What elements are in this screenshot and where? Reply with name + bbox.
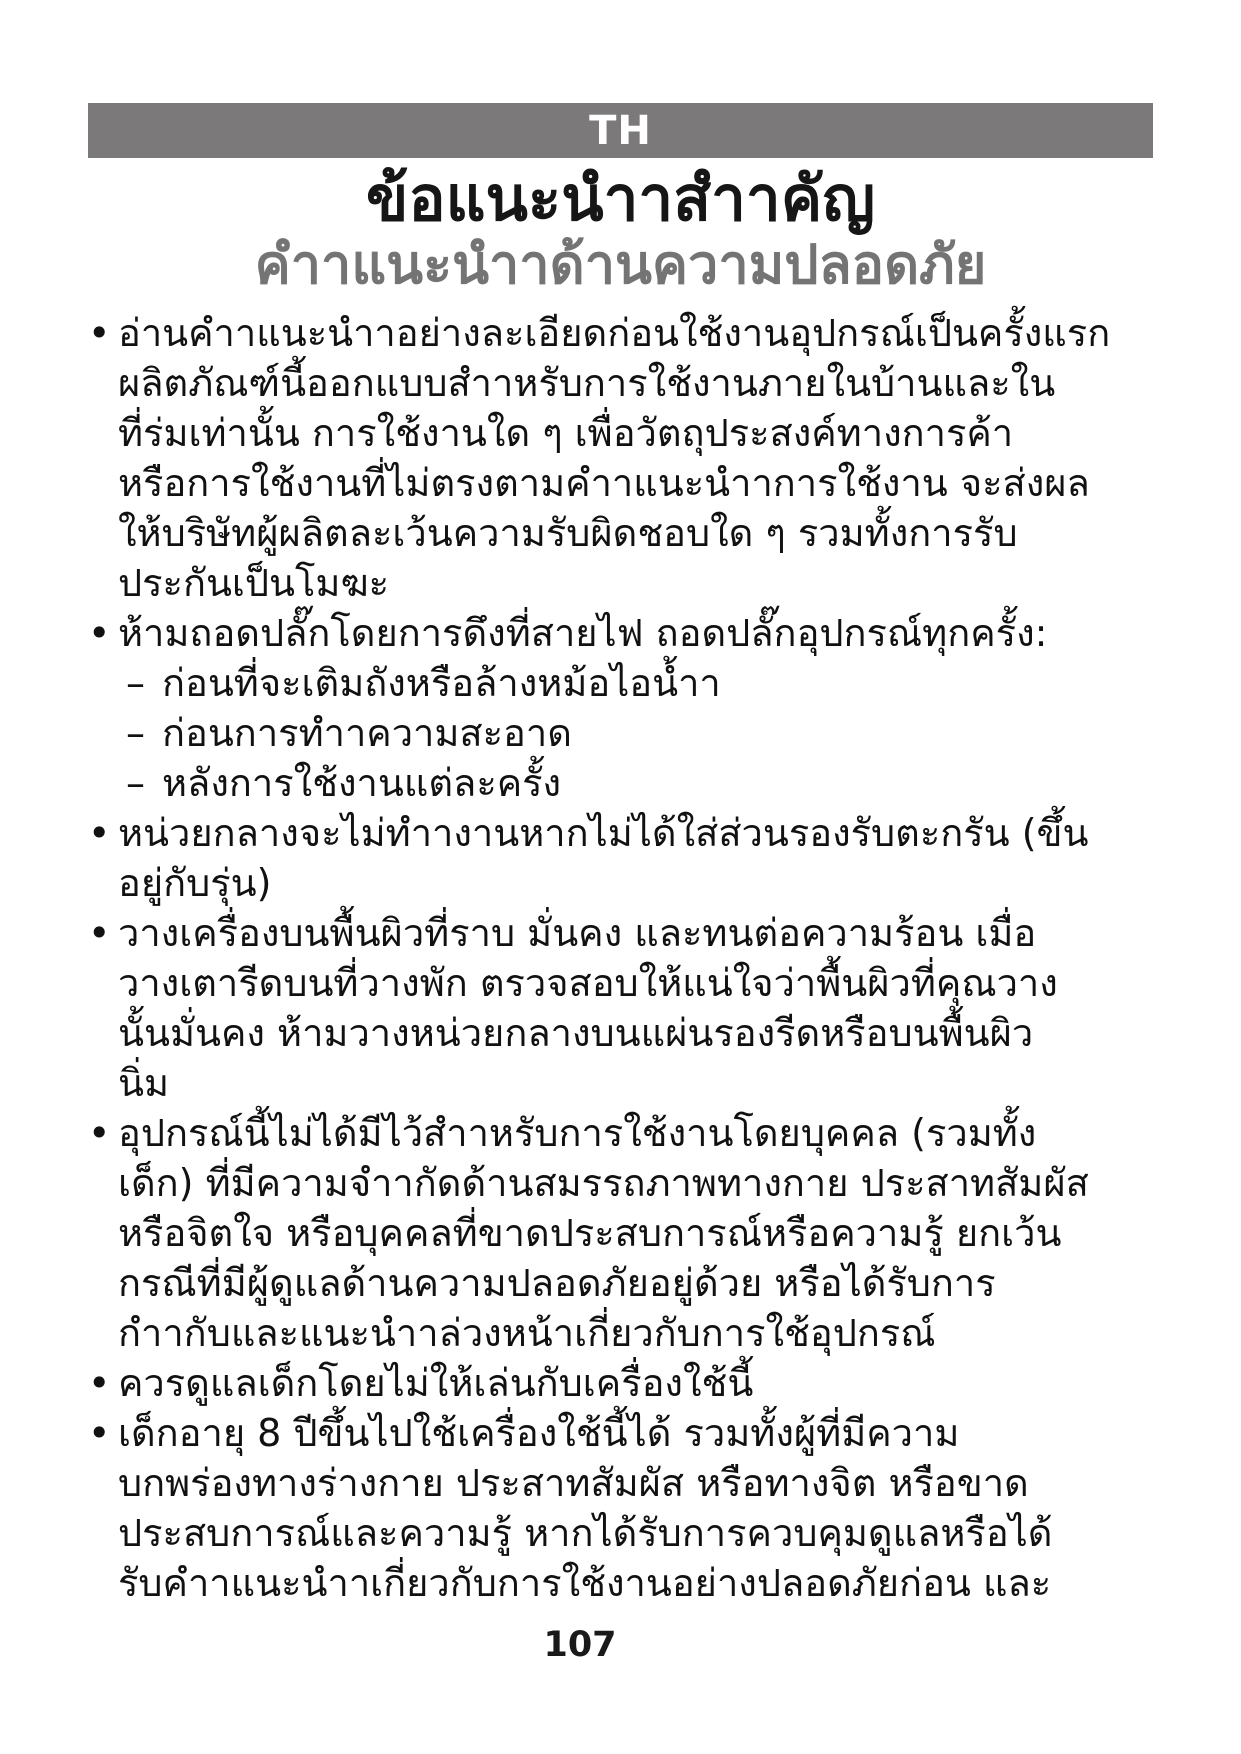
bullet-icon: • xyxy=(88,908,118,958)
sub-list-item-text: ก่อนการทำาความสะอาด xyxy=(162,708,572,758)
language-header-bar: TH xyxy=(88,103,1153,158)
list-item-text: อ่านคำาแนะนำาอย่างละเอียดก่อนใช้งานอุปกร… xyxy=(118,308,1158,608)
list-item-text: เด็กอายุ 8 ปีขึ้นไปใช้เครื่องใช้นี้ได้ ร… xyxy=(118,1408,1158,1608)
bullet-icon: • xyxy=(88,1358,118,1408)
sub-list-item: – ก่อนที่จะเติมถังหรือล้างหม้อไอน้ำา xyxy=(126,658,1158,708)
list-item-text: วางเครื่องบนพื้นผิวที่ราบ มั่นคง และทนต่… xyxy=(118,908,1158,1108)
page-number: 107 xyxy=(0,1625,1160,1665)
bullet-icon: • xyxy=(88,1408,118,1458)
bullet-icon: • xyxy=(88,1108,118,1158)
list-item: • วางเครื่องบนพื้นผิวที่ราบ มั่นคง และทน… xyxy=(88,908,1158,1108)
list-item: • ห้ามถอดปลั๊กโดยการดึงที่สายไฟ ถอดปลั๊ก… xyxy=(88,608,1158,658)
language-badge: TH xyxy=(589,111,652,151)
list-item: • เด็กอายุ 8 ปีขึ้นไปใช้เครื่องใช้นี้ได้… xyxy=(88,1408,1158,1608)
list-item: • หน่วยกลางจะไม่ทำางานหากไม่ได้ใส่ส่วนรอ… xyxy=(88,808,1158,908)
sub-list-item-text: ก่อนที่จะเติมถังหรือล้างหม้อไอน้ำา xyxy=(162,658,721,708)
sub-list-item: – ก่อนการทำาความสะอาด xyxy=(126,708,1158,758)
list-item: • ควรดูแลเด็กโดยไม่ให้เล่นกับเครื่องใช้น… xyxy=(88,1358,1158,1408)
list-item-text: ควรดูแลเด็กโดยไม่ให้เล่นกับเครื่องใช้นี้ xyxy=(118,1358,1158,1408)
sub-list-item: – หลังการใช้งานแต่ละครั้ง xyxy=(126,758,1158,808)
dash-icon: – xyxy=(126,758,162,808)
safety-instructions-list: • อ่านคำาแนะนำาอย่างละเอียดก่อนใช้งานอุป… xyxy=(88,308,1158,1608)
page-title: ข้อแนะนำาสำาคัญ xyxy=(0,165,1241,233)
manual-page: TH ข้อแนะนำาสำาคัญ คำาแนะนำาด้านความปลอด… xyxy=(0,0,1241,1754)
list-item: • อ่านคำาแนะนำาอย่างละเอียดก่อนใช้งานอุป… xyxy=(88,308,1158,608)
dash-icon: – xyxy=(126,658,162,708)
bullet-icon: • xyxy=(88,308,118,358)
bullet-icon: • xyxy=(88,808,118,858)
list-item-text: หน่วยกลางจะไม่ทำางานหากไม่ได้ใส่ส่วนรองร… xyxy=(118,808,1158,908)
sub-list-item-text: หลังการใช้งานแต่ละครั้ง xyxy=(162,758,561,808)
bullet-icon: • xyxy=(88,608,118,658)
page-subtitle: คำาแนะนำาด้านความปลอดภัย xyxy=(0,235,1241,294)
dash-icon: – xyxy=(126,708,162,758)
list-item: • อุปกรณ์นี้ไม่ได้มีไว้สำาหรับการใช้งานโ… xyxy=(88,1108,1158,1358)
list-item-text: อุปกรณ์นี้ไม่ได้มีไว้สำาหรับการใช้งานโดย… xyxy=(118,1108,1158,1358)
list-item-text: ห้ามถอดปลั๊กโดยการดึงที่สายไฟ ถอดปลั๊กอุ… xyxy=(118,608,1158,658)
